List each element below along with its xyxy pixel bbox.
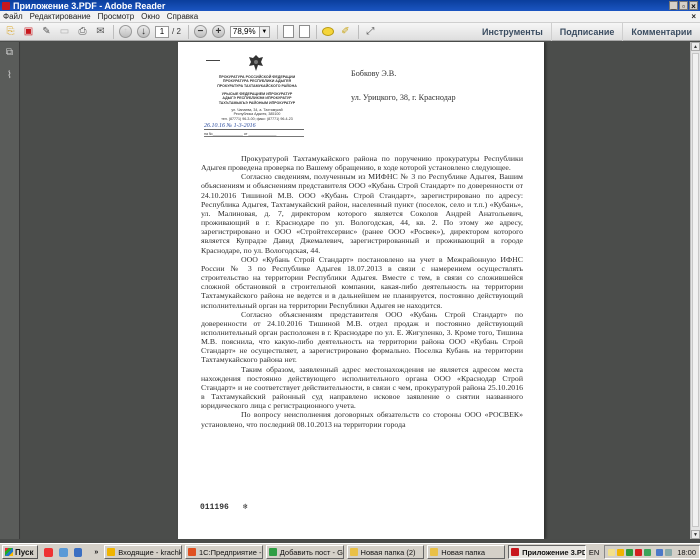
handwritten-date-number: 26.10.16 № 1-3-2016 bbox=[204, 123, 304, 130]
title-bar: Приложение 3.PDF - Adobe Reader _ ▫ × bbox=[0, 0, 700, 11]
toolbar-divider bbox=[316, 25, 317, 39]
tray-app-icon[interactable] bbox=[626, 549, 633, 556]
comment-icon[interactable] bbox=[322, 27, 334, 36]
task-pane-links: Инструменты Подписание Комментарии bbox=[474, 23, 700, 41]
toolbar-divider bbox=[358, 25, 359, 39]
paragraph: ООО «Кубань Строй Стандарт» постановлено… bbox=[201, 255, 523, 310]
letterhead-address: ул. Чапаева, 34, а. Тахтамукай Республик… bbox=[202, 108, 312, 121]
page-number-input[interactable]: 1 bbox=[155, 26, 169, 38]
tray-network-icon[interactable] bbox=[644, 549, 651, 556]
menu-bar: Файл Редактирование Просмотр Окно Справк… bbox=[0, 11, 700, 23]
taskbar-item-folder[interactable]: Новая папка bbox=[427, 545, 505, 559]
volume-icon[interactable] bbox=[665, 549, 672, 556]
zoom-level-input[interactable]: 78,9% bbox=[230, 26, 260, 38]
taskbar-item-browser[interactable]: Добавить пост - Goo... bbox=[266, 545, 344, 559]
network-quicklaunch-icon[interactable] bbox=[59, 548, 68, 557]
letterhead-org-local: УРЫСЫЕ ФЕДЕРАЦИЕМ ИПРОКУРАТУР АДЫГЭ РЕСП… bbox=[202, 92, 312, 105]
document-serial: 011196❄ bbox=[200, 502, 248, 512]
reference-line: на №_______________ от ______________ bbox=[204, 132, 304, 137]
windows-logo-icon bbox=[5, 548, 13, 556]
start-button[interactable]: Пуск bbox=[2, 545, 38, 559]
create-pdf-icon[interactable]: ▣ bbox=[22, 25, 35, 38]
pdf-page: ПРОКУРАТУРА РОССИЙСКОЙ ФЕДЕРАЦИИ ПРОКУРА… bbox=[178, 42, 544, 539]
previous-page-button[interactable]: ↑ bbox=[119, 25, 132, 38]
restore-button[interactable]: ▫ bbox=[679, 1, 688, 10]
sign-link[interactable]: Подписание bbox=[551, 23, 623, 41]
system-tray: 18:00 bbox=[604, 545, 700, 559]
mail-icon bbox=[107, 548, 115, 556]
toolbar: ⎘ ▣ ✎ ▭ ⎙ ✉ ↑ ↓ 1 / 2 − + 78,9% ▼ ✐ ⤢ Ин… bbox=[0, 23, 700, 41]
save-icon[interactable]: ▭ bbox=[58, 25, 71, 38]
attachments-icon[interactable]: ⌇ bbox=[4, 70, 15, 81]
highlight-icon[interactable]: ✐ bbox=[339, 25, 352, 38]
zoom-in-button[interactable]: + bbox=[212, 25, 225, 38]
paragraph: Согласно сведениям, полученным из МИФНС … bbox=[201, 172, 523, 254]
minimize-button[interactable]: _ bbox=[669, 1, 678, 10]
pdf-icon bbox=[511, 548, 519, 556]
vertical-scrollbar[interactable]: ▲ ▼ bbox=[690, 42, 700, 539]
page-total: / 2 bbox=[172, 27, 181, 36]
menu-view[interactable]: Просмотр bbox=[98, 12, 135, 21]
menu-help[interactable]: Справка bbox=[167, 12, 198, 21]
paragraph: Таким образом, заявленный адрес местонах… bbox=[201, 365, 523, 411]
tray-k-icon[interactable] bbox=[635, 549, 642, 556]
close-document-icon[interactable]: × bbox=[691, 12, 696, 21]
comments-link[interactable]: Комментарии bbox=[622, 23, 700, 41]
taskbar-item-folder-2[interactable]: Новая папка (2) bbox=[347, 545, 425, 559]
taskbar: Пуск » Входящие - krachkov... 1С:Предпри… bbox=[0, 543, 700, 560]
tray-note-icon[interactable] bbox=[608, 549, 615, 556]
chrome-icon bbox=[269, 548, 277, 556]
snowflake-mark-icon: ❄ bbox=[243, 503, 248, 512]
zoom-out-button[interactable]: − bbox=[194, 25, 207, 38]
clock[interactable]: 18:00 bbox=[677, 548, 696, 557]
1c-icon bbox=[188, 548, 196, 556]
email-icon[interactable]: ✉ bbox=[94, 25, 107, 38]
language-indicator[interactable]: EN bbox=[589, 548, 599, 557]
pdf-app-icon bbox=[2, 2, 10, 10]
adobe-reader-window: Приложение 3.PDF - Adobe Reader _ ▫ × Фа… bbox=[0, 0, 700, 560]
fit-width-icon[interactable] bbox=[283, 25, 294, 38]
tray-bluetooth-icon[interactable] bbox=[656, 549, 663, 556]
desktop-quicklaunch-icon[interactable] bbox=[74, 548, 83, 557]
expand-icon[interactable]: ⤢ bbox=[364, 25, 377, 38]
recipient-name: Бобкову Э.В. bbox=[351, 69, 396, 78]
chrome-quicklaunch-icon[interactable] bbox=[44, 548, 53, 557]
scroll-up-button[interactable]: ▲ bbox=[691, 42, 700, 51]
toolbar-divider bbox=[277, 25, 278, 39]
toolbar-divider bbox=[188, 25, 189, 39]
menu-edit[interactable]: Редактирование bbox=[30, 12, 91, 21]
menu-file[interactable]: Файл bbox=[3, 12, 23, 21]
document-viewer[interactable]: ПРОКУРАТУРА РОССИЙСКОЙ ФЕДЕРАЦИИ ПРОКУРА… bbox=[21, 42, 690, 539]
letterhead-org: ПРОКУРАТУРА РОССИЙСКОЙ ФЕДЕРАЦИИ ПРОКУРА… bbox=[202, 75, 312, 88]
menu-window[interactable]: Окно bbox=[141, 12, 160, 21]
recipient-address: ул. Урицкого, 38, г. Краснодар bbox=[351, 93, 456, 102]
page-thumbnails-icon[interactable]: ⧉ bbox=[4, 47, 15, 58]
scroll-down-button[interactable]: ▼ bbox=[691, 530, 700, 539]
navigation-pane: ⧉ ⌇ bbox=[0, 42, 20, 539]
next-page-button[interactable]: ↓ bbox=[137, 25, 150, 38]
window-title: Приложение 3.PDF - Adobe Reader bbox=[13, 1, 165, 11]
zoom-dropdown-arrow[interactable]: ▼ bbox=[260, 26, 270, 38]
close-button[interactable]: × bbox=[689, 1, 698, 10]
letter-body: Прокуратурой Тахтамукайского района по п… bbox=[201, 154, 523, 429]
taskbar-item-1c[interactable]: 1С:Предприятие - Во... bbox=[185, 545, 263, 559]
coat-of-arms-icon bbox=[247, 53, 265, 73]
paragraph: Согласно объяснениям представителя ООО «… bbox=[201, 310, 523, 365]
quicklaunch-more-icon[interactable]: » bbox=[94, 549, 98, 556]
print-icon[interactable]: ⎙ bbox=[76, 25, 89, 38]
scrollbar-thumb[interactable] bbox=[692, 53, 699, 527]
taskbar-item-adobe-reader[interactable]: Приложение 3.PDF ... bbox=[508, 545, 586, 559]
tray-mail-icon[interactable] bbox=[617, 549, 624, 556]
folder-icon bbox=[430, 548, 438, 556]
folder-icon bbox=[350, 548, 358, 556]
open-file-icon[interactable]: ⎘ bbox=[4, 25, 17, 38]
header-dash bbox=[206, 60, 220, 61]
paragraph: Прокуратурой Тахтамукайского района по п… bbox=[201, 154, 523, 172]
tools-link[interactable]: Инструменты bbox=[474, 23, 551, 41]
taskbar-item-inbox[interactable]: Входящие - krachkov... bbox=[104, 545, 182, 559]
toolbar-divider bbox=[113, 25, 114, 39]
paragraph: По вопросу неисполнения договорных обяза… bbox=[201, 410, 523, 428]
fit-page-icon[interactable] bbox=[299, 25, 310, 38]
edit-document-icon[interactable]: ✎ bbox=[40, 25, 53, 38]
